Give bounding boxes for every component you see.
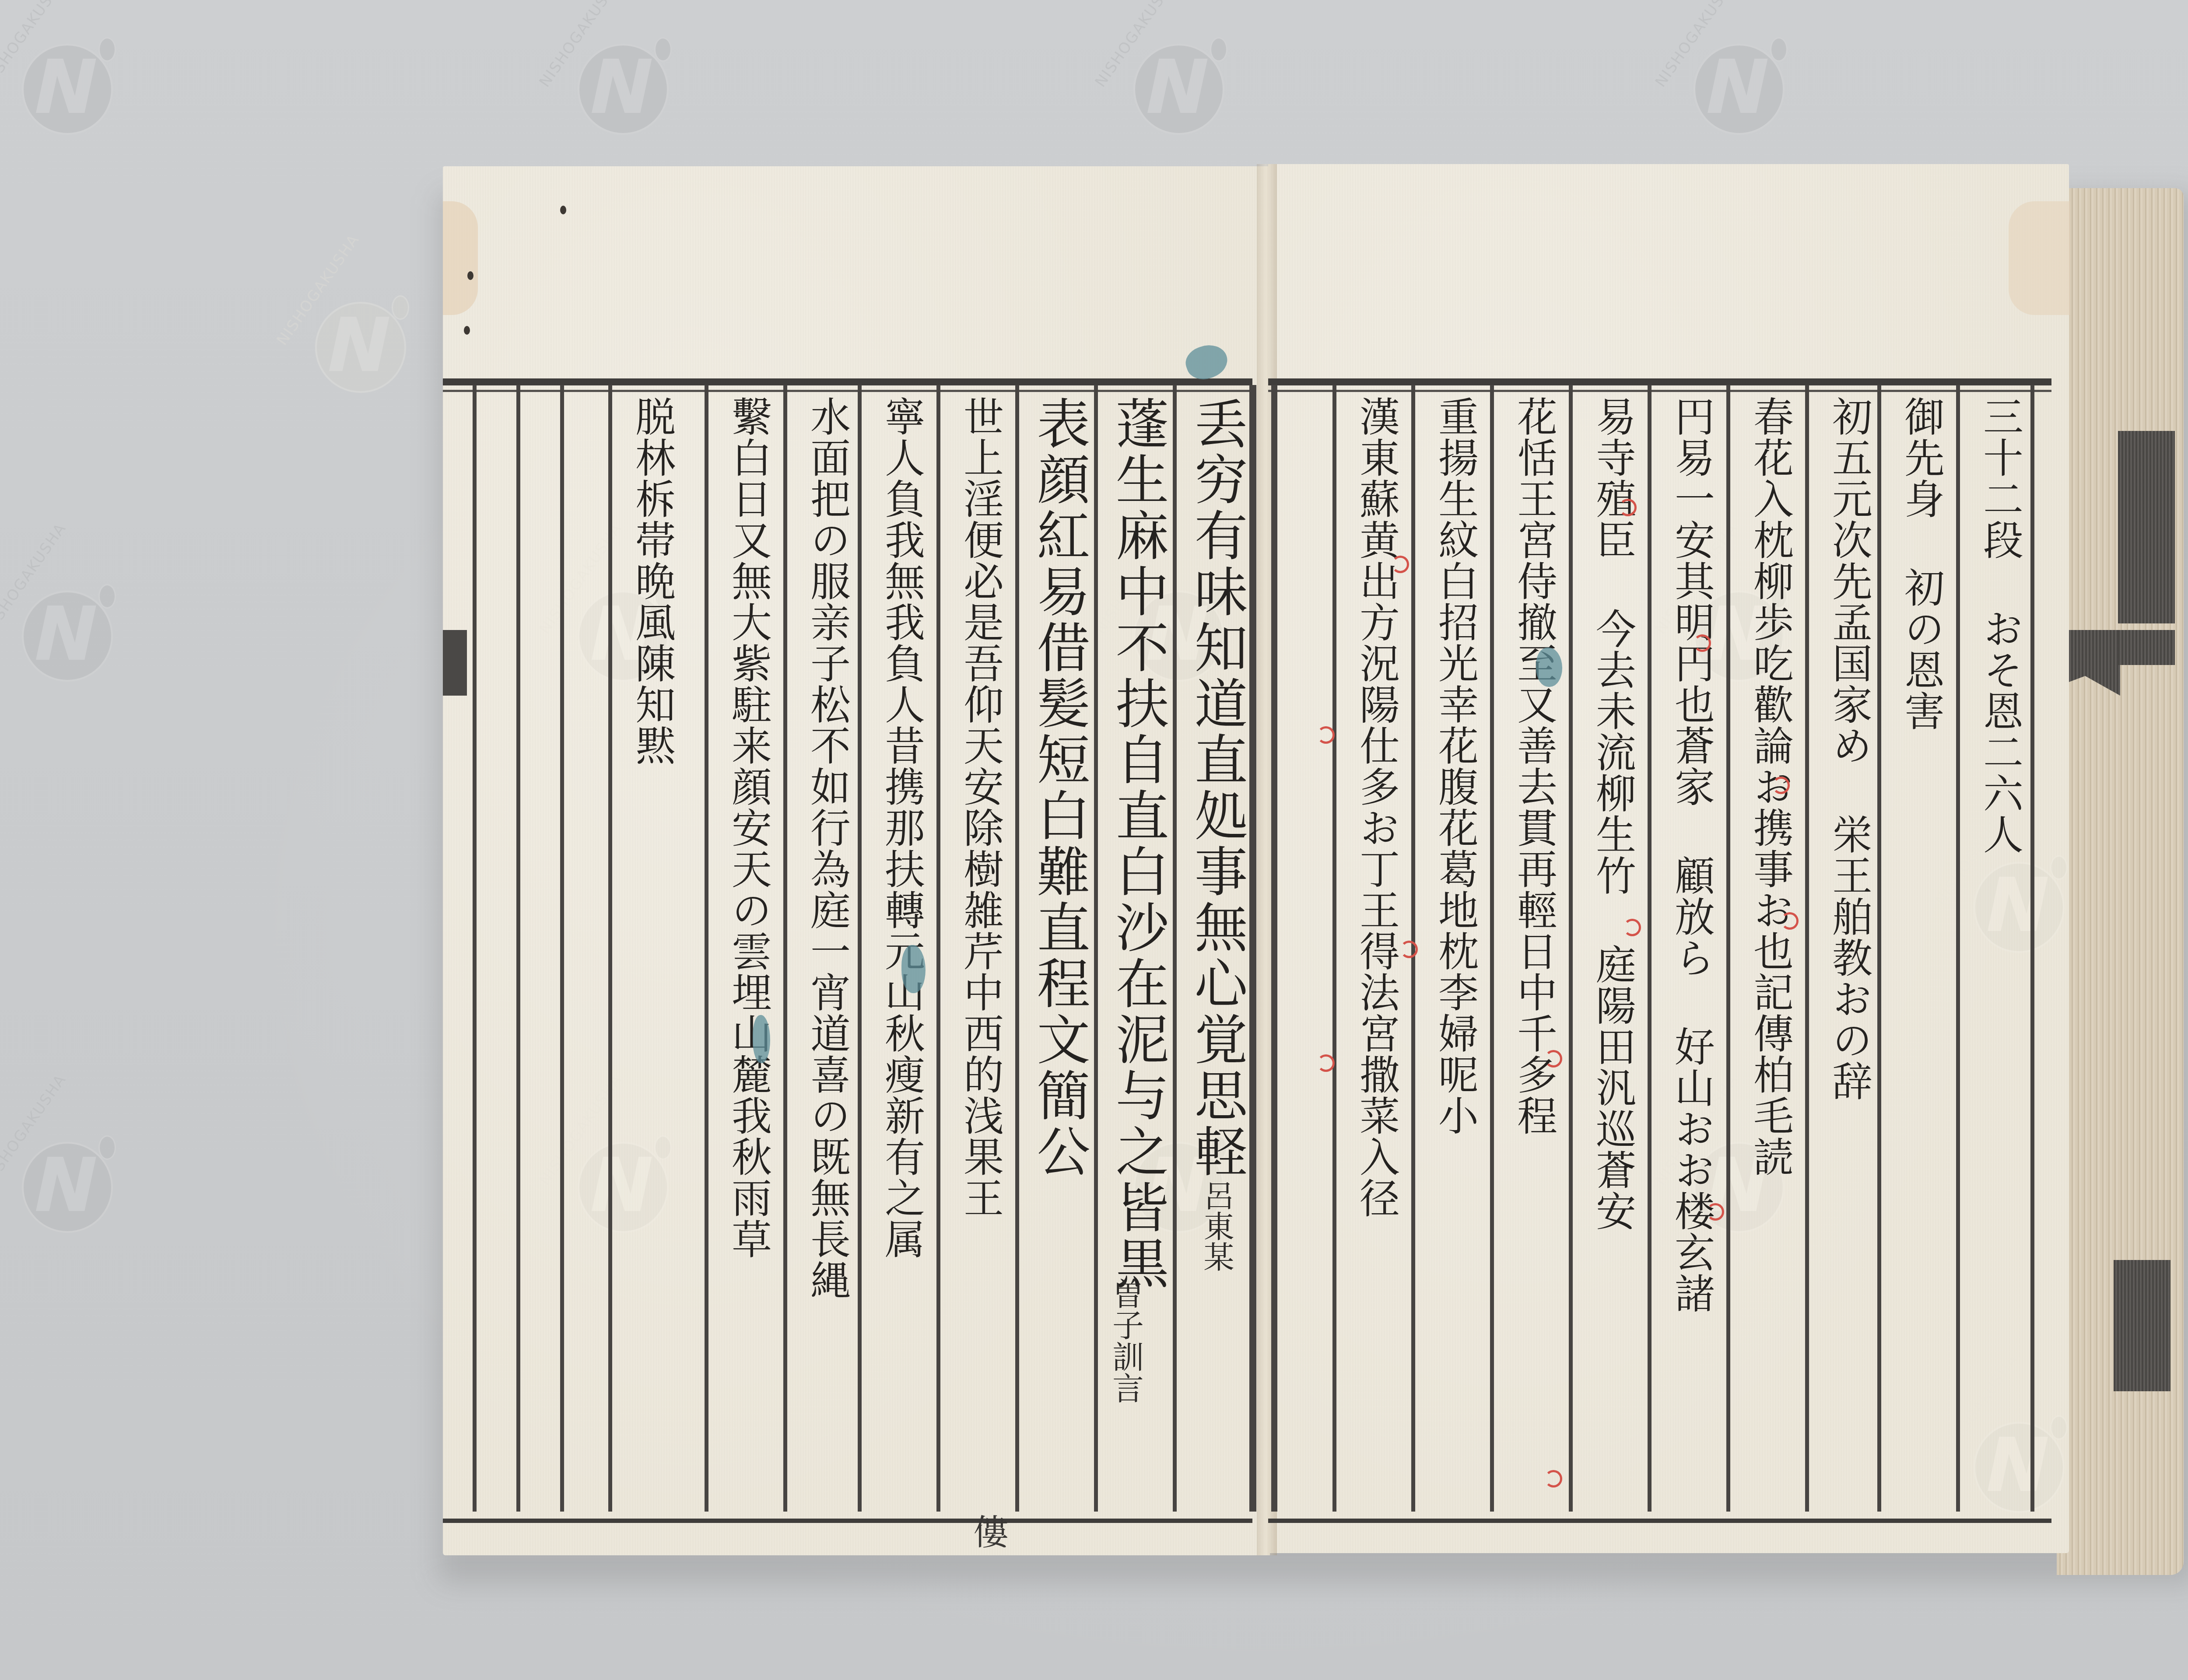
worm-hole [467, 271, 473, 280]
paper-stain [2009, 201, 2070, 315]
text-column: 春花入枕柳歩吃歡論お携事お也記傳柏毛読 [1731, 396, 1809, 1503]
page-edge-ink-block [2118, 630, 2175, 665]
red-annotation-mark [1392, 556, 1409, 573]
column-rule [560, 385, 564, 1512]
column-rule [473, 385, 477, 1512]
text-column: 初五元次先孟国家め 栄王舶教おの辞 [1809, 396, 1888, 1503]
red-annotation-mark [1317, 1054, 1335, 1072]
column-rule [705, 385, 708, 1512]
teal-stain [753, 1015, 770, 1063]
column-rule [516, 385, 520, 1512]
worm-hole [464, 326, 470, 335]
red-annotation-mark [1772, 777, 1790, 794]
text-column: 易寺殖臣 今去未流柳生竹 庭陽田汎巡蒼安 [1573, 396, 1652, 1503]
teal-stain [1536, 647, 1562, 687]
worm-hole [560, 206, 566, 214]
attribution-note: 曽子訓言 [1103, 1277, 1148, 1403]
red-annotation-mark [1545, 1050, 1562, 1067]
red-annotation-mark [1781, 912, 1799, 930]
text-column: 世上淫便必是吾仰天安除樹雑芹中西的浅果王 [941, 396, 1020, 1503]
text-column: 御先身 初の恩害玄明言嘆去宅毛十才未おの歌才乎ハ方各 [1882, 396, 1960, 1503]
red-annotation-mark [1707, 1203, 1724, 1221]
column-rule [608, 385, 612, 1512]
page-edge-ink-block [443, 630, 467, 696]
red-annotation-mark [1623, 919, 1641, 936]
page-edge-ink-block [2118, 431, 2175, 623]
text-column: 円易一安其明円也蒼家 顧放ら 好山おお楼玄諸 [1652, 396, 1731, 1503]
text-column: 繫白日又無大紫駐来顔安天の雲埋山麓我秋雨草 [709, 396, 788, 1503]
red-annotation-mark [1317, 726, 1335, 744]
teal-stain [901, 945, 926, 993]
text-column: 水面把の服亲子松不如行為庭一宵道喜の既無長縄 [788, 396, 866, 1503]
text-column: 丢穷有味知道直処事無心覚思軽呂東某 [1177, 396, 1256, 1503]
red-annotation-mark [1694, 634, 1711, 652]
red-annotation-mark [1545, 1470, 1562, 1487]
paper-stain [443, 201, 478, 315]
text-column [1280, 396, 1359, 1503]
text-column: 重揚生紋白招光幸花腹花葛地枕李婦呢小 [1416, 396, 1494, 1503]
column-rule [1271, 385, 1277, 1512]
text-column: 脱林柝帯晩風陳知黙 [613, 396, 691, 1503]
margin-character: 僂 [963, 1514, 1013, 1549]
text-column: 表顔紅易借髪短白難直程文簡公 [1020, 396, 1098, 1503]
red-annotation-mark [1400, 941, 1418, 958]
red-annotation-mark [1619, 499, 1637, 516]
page-edge-ink-block [2114, 1260, 2170, 1391]
text-column: 寧人負我無我負人昔携那扶轉元山秋瘦新有之属 [862, 396, 941, 1503]
page-header-column: 三十二段 おそ恩二六人 [1960, 396, 2039, 1503]
text-column: 花恬王宮侍撤至又善去貫再輕日中千多程 [1494, 396, 1573, 1503]
